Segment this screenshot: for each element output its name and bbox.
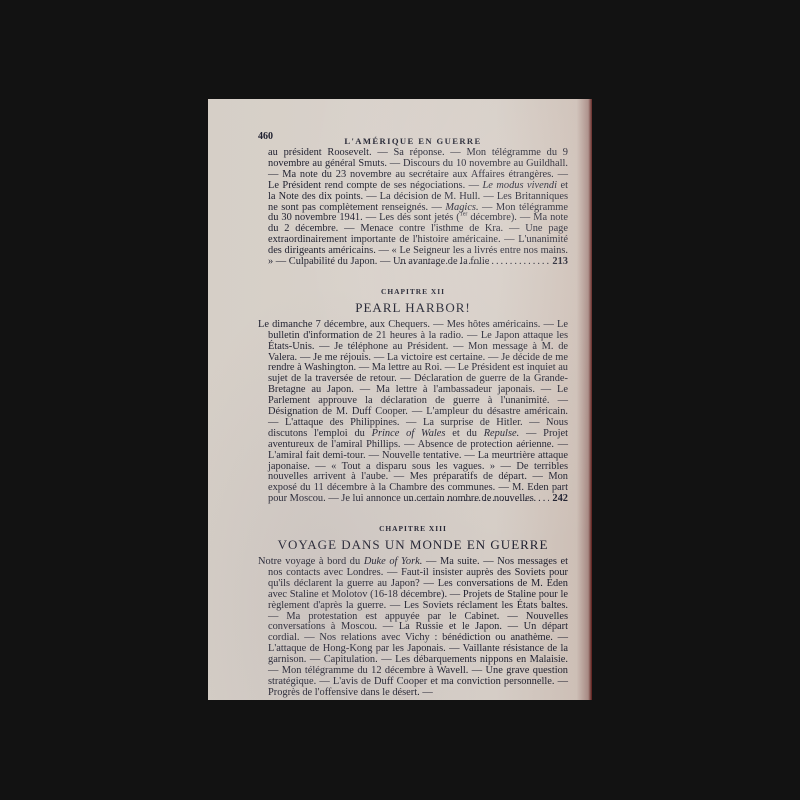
summary-text: Le dimanche 7 décembre, aux Chequers. — … [258,319,568,439]
chapter-summary: Notre voyage à bord du Duke of York. — M… [258,557,568,699]
chapter-summary: Le dimanche 7 décembre, aux Chequers. — … [258,320,568,505]
chapter-label: CHAPITRE XII [258,287,568,298]
previous-chapter-summary: au président Roosevelt. — Sa réponse. — … [258,148,568,268]
dot-leader: ........................................… [399,257,549,268]
summary-text: Notre voyage à bord du [258,556,364,567]
book-page: 460 L'AMÉRIQUE EN GUERRE au président Ro… [208,99,592,700]
chapter-label: CHAPITRE XIII [258,524,568,535]
chapter-title: VOYAGE DANS UN MONDE EN GUERRE [258,540,568,551]
summary-italic: Le modus vivendi [483,180,557,191]
page-content: 460 L'AMÉRIQUE EN GUERRE au président Ro… [258,132,568,699]
summary-text: et du [445,428,483,439]
chapter-title: PEARL HARBOR! [258,303,568,314]
running-title: L'AMÉRIQUE EN GUERRE [258,136,568,147]
running-head: 460 L'AMÉRIQUE EN GUERRE [258,132,568,146]
summary-italic: Repulse. [484,428,520,439]
summary-text: — Projet aventureux de l'amiral Phillips… [268,428,568,504]
summary-italic: Magics. [445,202,478,213]
summary-italic: Duke of York. [364,556,423,567]
summary-text: — Ma suite. — Nos messages et nos contac… [268,556,568,698]
summary-italic: Prince of Wales [372,428,446,439]
page-reference: 213 [552,257,568,268]
dot-leader: ........................................… [409,494,549,505]
page-reference: 242 [552,494,568,505]
